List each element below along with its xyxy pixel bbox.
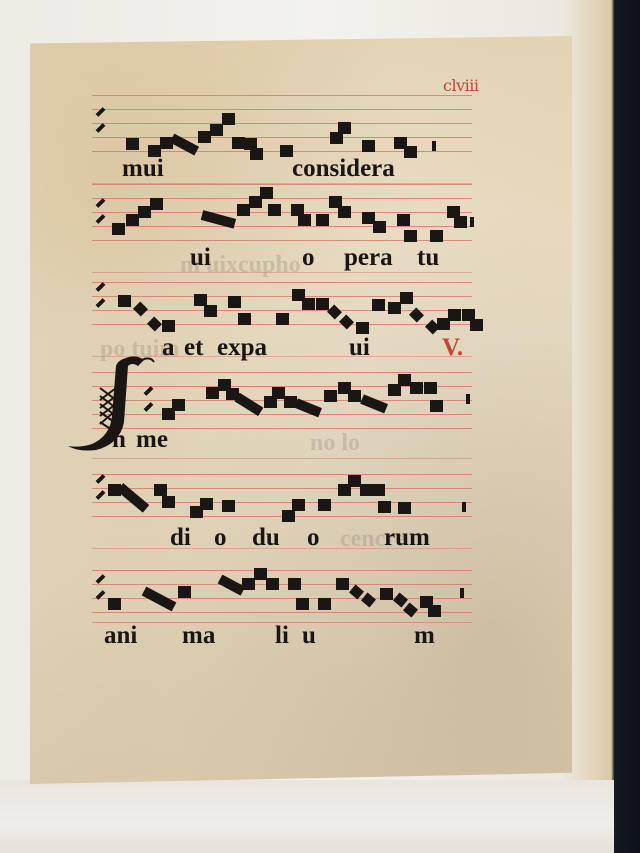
lyric-syllable: o <box>214 524 227 552</box>
lyric-syllable: expa <box>217 334 267 362</box>
custos-icon <box>432 141 436 151</box>
c-clef-icon <box>96 105 105 139</box>
mat-board <box>0 780 614 853</box>
custos-icon <box>462 502 466 512</box>
lyric-syllable: rum <box>384 524 430 552</box>
lyric-syllable: u <box>302 622 316 650</box>
c-clef-icon <box>96 196 105 230</box>
lyric-syllable: mui <box>122 155 164 183</box>
lyric-syllable: li <box>275 622 289 650</box>
lyric-syllable: a <box>162 334 175 362</box>
lyric-syllable: tu <box>417 244 439 272</box>
custos-icon <box>470 217 474 227</box>
lyric-syllable: considera <box>292 155 395 183</box>
versicle-rubric: V. <box>442 334 463 362</box>
lyric-syllable: m <box>414 622 435 650</box>
lyric-syllable: ui <box>349 334 370 362</box>
lyric-syllable: et <box>184 334 203 362</box>
c-clef-icon <box>96 472 105 506</box>
staff-system-5: di o du o rum <box>92 468 472 558</box>
staff-system-6: ani ma li u m <box>92 568 472 658</box>
custos-icon <box>460 588 464 598</box>
decorated-initial-icon <box>66 352 158 456</box>
custos-icon <box>466 394 470 404</box>
lyric-syllable: ani <box>104 622 137 650</box>
lyric-syllable: du <box>252 524 280 552</box>
c-clef-icon <box>96 572 105 606</box>
lyric-syllable: ui <box>190 244 211 272</box>
staff-system-3: a et expa ui V. <box>92 278 472 358</box>
lyric-syllable: ma <box>182 622 215 650</box>
lyric-syllable: o <box>307 524 320 552</box>
c-clef-icon <box>96 280 105 314</box>
folio-number: clviii <box>443 76 478 95</box>
lyric-syllable: di <box>170 524 191 552</box>
lyric-syllable: o <box>302 244 315 272</box>
lyric-syllable: pera <box>344 244 393 272</box>
staff-system-1: mui considera <box>92 95 472 185</box>
staff-system-2: ui o pera tu <box>92 184 472 274</box>
